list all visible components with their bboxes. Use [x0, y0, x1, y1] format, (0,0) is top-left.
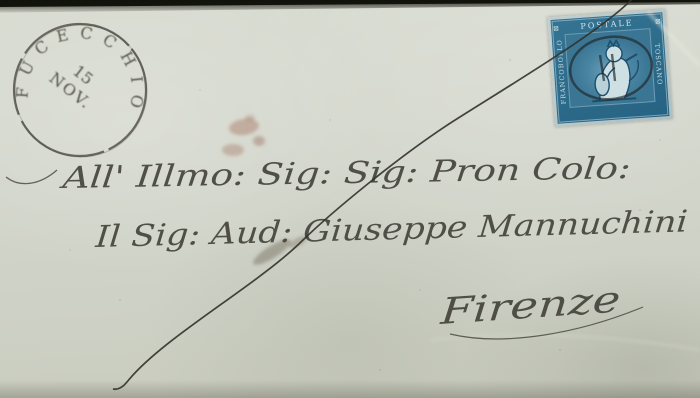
stamp-corner-ornament-icon: ⊠ [655, 17, 661, 25]
cover-photo: ⊠ POSTALE ⊠ FRANCOBOLLO TOSCANO [0, 0, 700, 398]
stamp-lion-icon [566, 29, 656, 108]
stamp-vignette [565, 28, 656, 108]
postage-stamp: ⊠ POSTALE ⊠ FRANCOBOLLO TOSCANO [547, 9, 672, 127]
stamp-printed-area: ⊠ POSTALE ⊠ FRANCOBOLLO TOSCANO [551, 12, 670, 124]
paper-shadow-bottom [0, 380, 700, 398]
stamp-corner-ornament-icon: ⊠ [553, 24, 559, 32]
